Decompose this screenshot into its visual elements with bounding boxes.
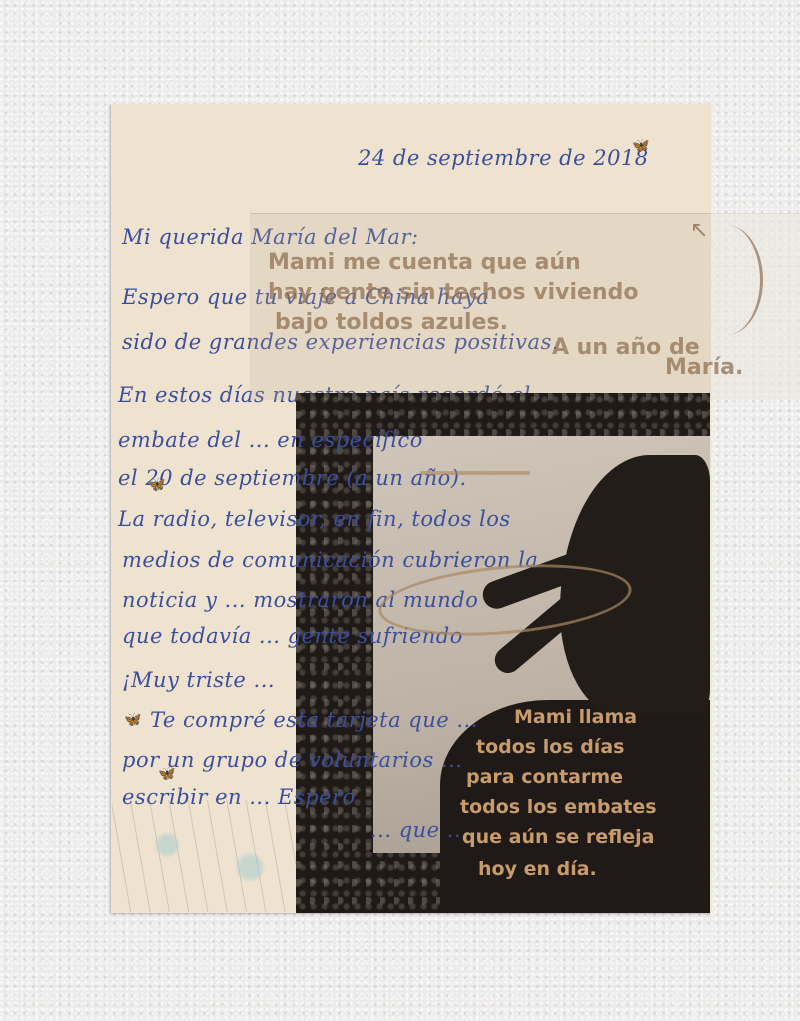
photo-note-line: para contarme <box>466 766 623 788</box>
photo-note-line: todos los embates <box>460 796 657 818</box>
letter-line: ¡Muy triste ... <box>122 668 275 692</box>
letter-line: escribir en ... Espero <box>122 785 356 809</box>
letter-line: embate del ... en específico <box>118 428 423 452</box>
butterfly-icon: 🦋 <box>632 138 649 154</box>
butterfly-icon: 🦋 <box>124 712 141 728</box>
letter-line: ... que ... <box>370 818 468 842</box>
letter-date: 24 de septiembre de 2018 <box>358 146 649 170</box>
letter-line: La radio, televisor, en fin, todos los <box>118 507 511 531</box>
overlay-note-line: Mami me cuenta que aún <box>268 250 581 275</box>
arrow-head-icon: ↖ <box>690 218 708 243</box>
butterfly-icon: 🦋 <box>148 477 165 493</box>
photo-note-line: Mami llama <box>514 706 637 728</box>
photo-note-line: hoy en día. <box>478 858 597 880</box>
photo-note-line: que aún se refleja <box>462 826 655 848</box>
floral-pattern <box>112 800 296 912</box>
marker-underline <box>420 471 530 475</box>
butterfly-icon: 🦋 <box>158 766 175 782</box>
side-note-line: María. <box>665 355 743 380</box>
letter-line: Te compré esta tarjeta que ... <box>150 708 478 732</box>
overlay-note-line: bajo toldos azules. <box>275 310 508 335</box>
letter-line: el 20 de septiembre (a un año). <box>118 466 467 490</box>
overlay-note-line: hay gente sin techos viviendo <box>268 280 638 305</box>
photo-note-line: todos los días <box>476 736 624 758</box>
